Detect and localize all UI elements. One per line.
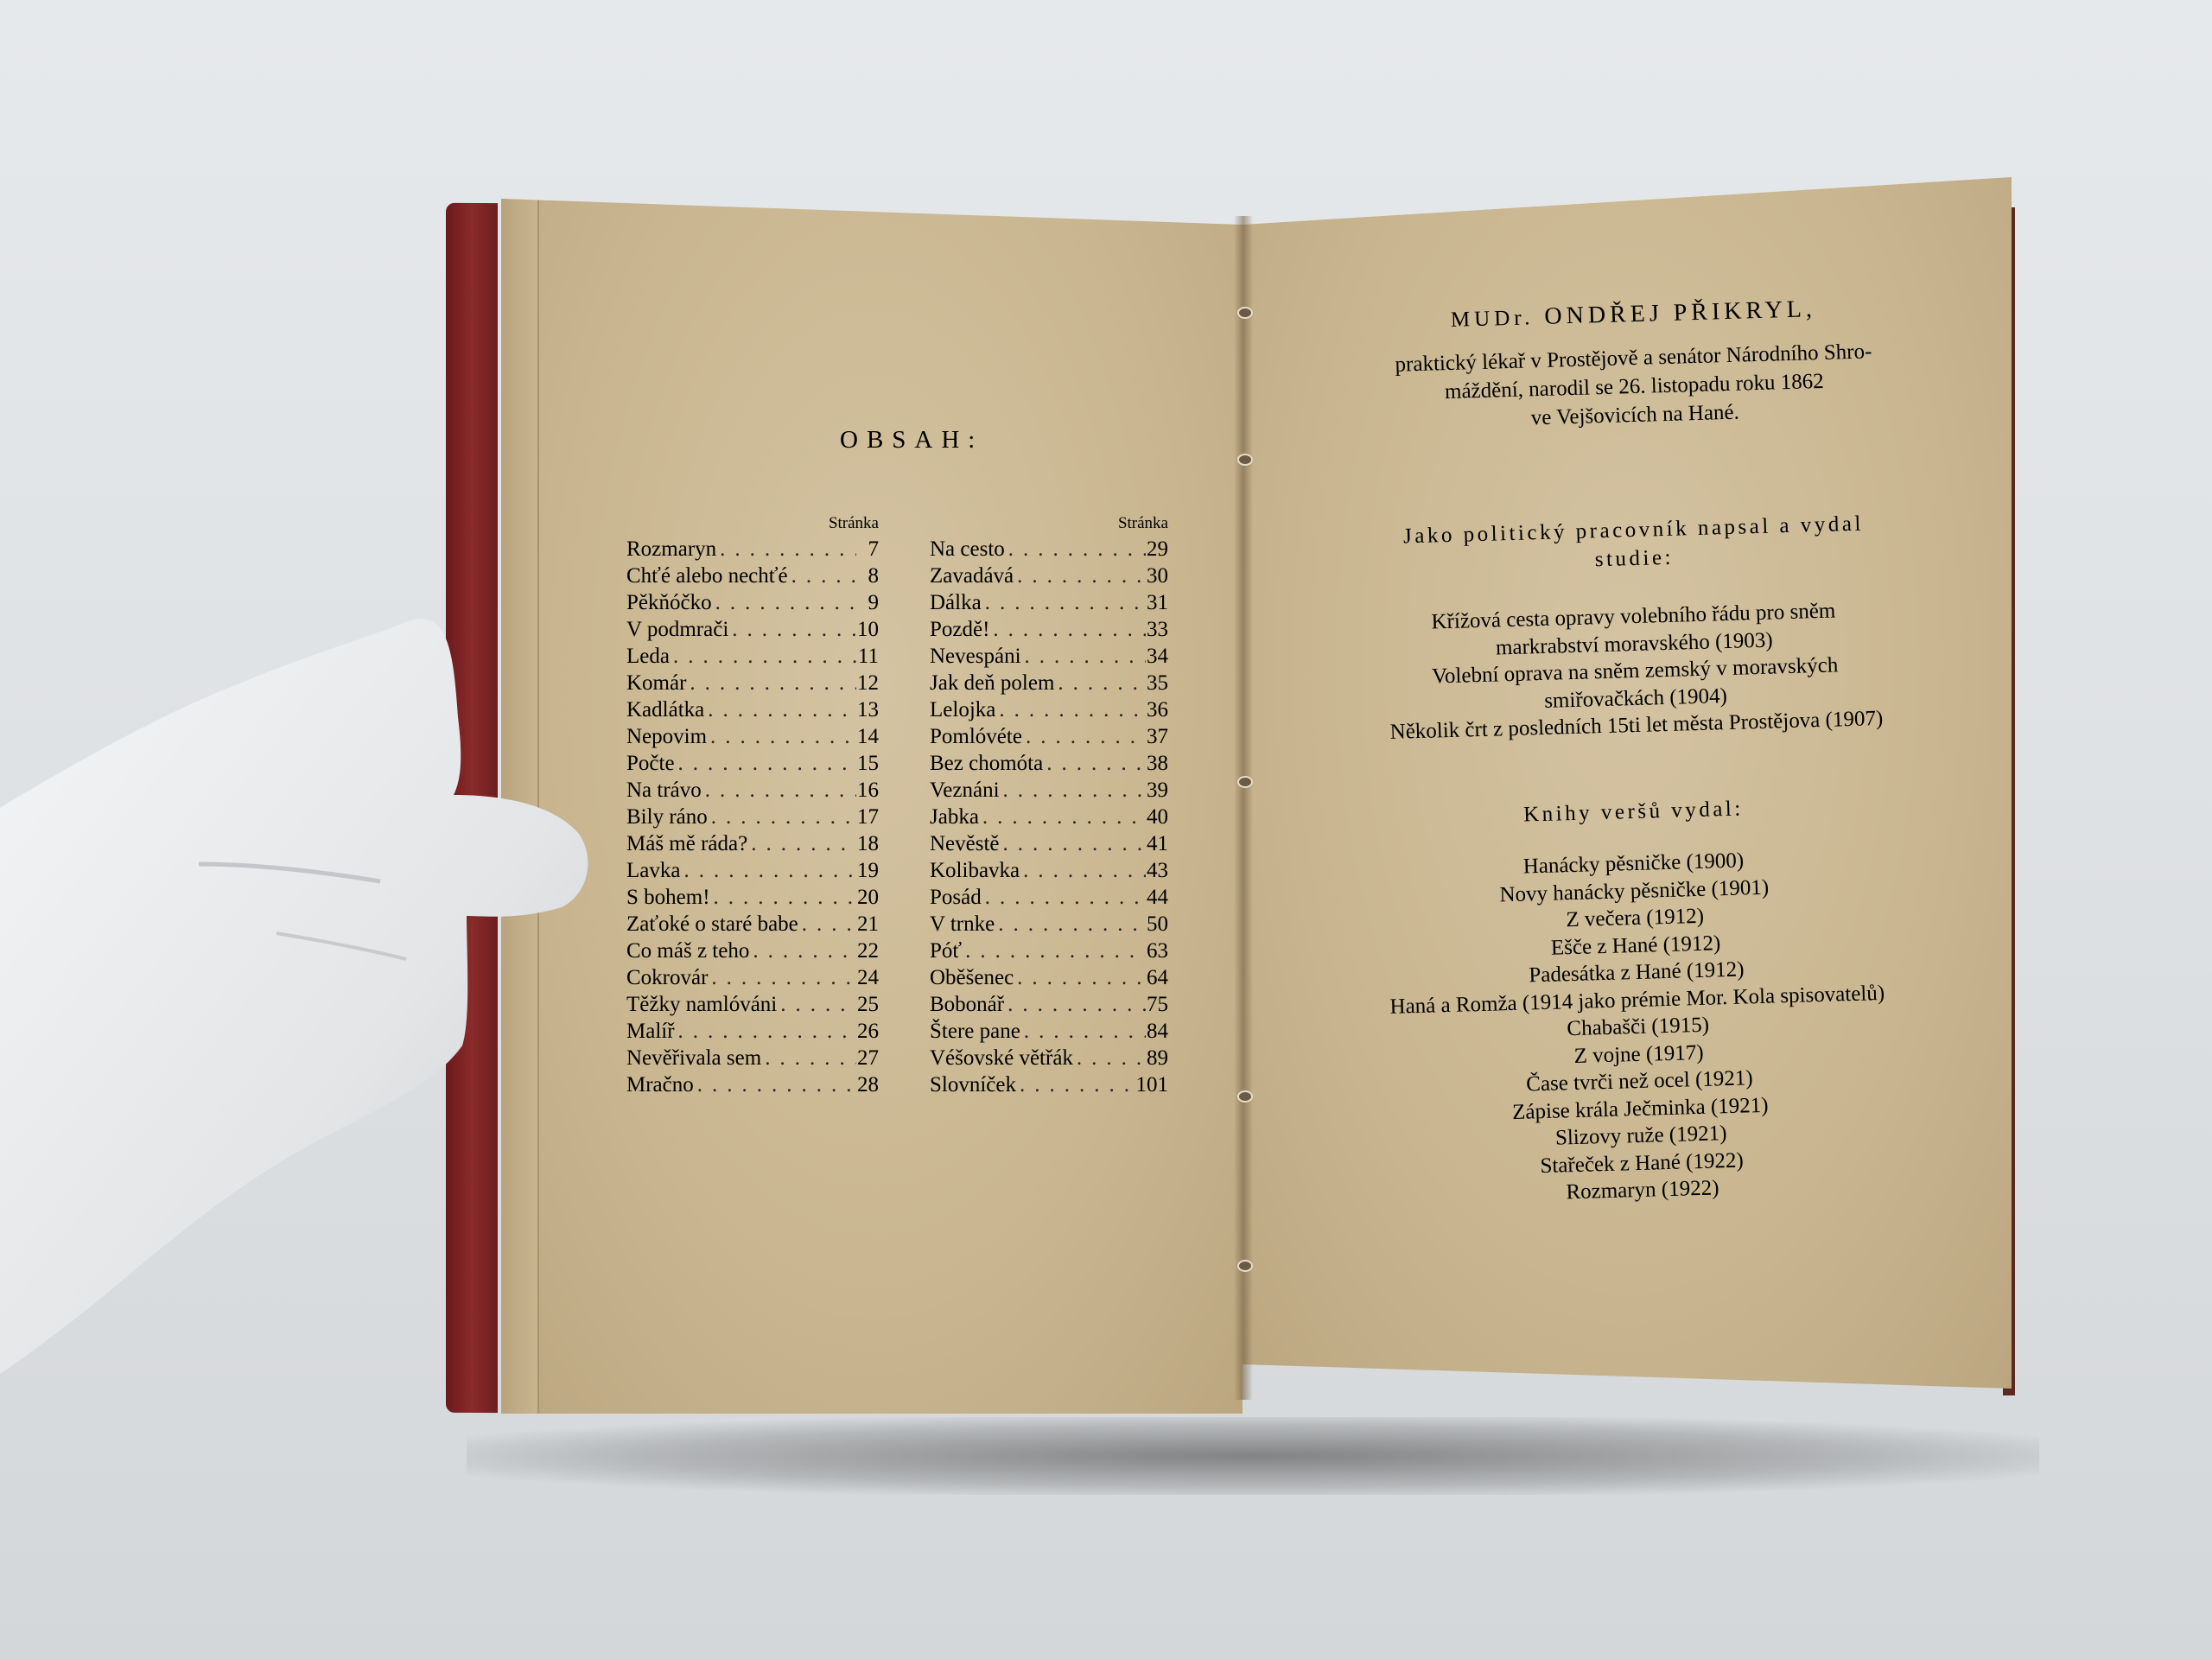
toc-entry-title: Komár: [626, 670, 686, 696]
toc-leader-dots: ........................................: [1054, 670, 1146, 696]
toc-leader-dots: ........................................: [979, 804, 1146, 830]
toc-entry-page: 24: [856, 964, 879, 991]
toc-entry-page: 26: [856, 1018, 879, 1045]
toc-entry-page: 84: [1146, 1018, 1168, 1045]
toc-entry: Nepovim.................................…: [626, 723, 879, 750]
toc-entry: Véšovské větřák.........................…: [930, 1045, 1168, 1071]
toc-leader-dots: ........................................: [708, 804, 856, 830]
toc-entry: Jabka...................................…: [930, 804, 1168, 830]
toc-entry-title: Bily ráno: [626, 804, 708, 830]
toc-entry-title: Těžky namlóváni: [626, 991, 777, 1018]
toc-entry-page: 35: [1146, 670, 1168, 696]
toc-leader-dots: ........................................: [1005, 536, 1146, 563]
toc-leader-dots: ........................................: [716, 536, 856, 563]
toc-entry-page: 21: [856, 911, 879, 938]
toc-entry: Bobonář.................................…: [930, 991, 1168, 1018]
toc-entry: Zavadává................................…: [930, 563, 1168, 589]
toc-entry-title: Na cesto: [930, 536, 1005, 563]
toc-entry-page: 50: [1146, 911, 1168, 938]
toc-leader-dots: ........................................: [704, 696, 856, 723]
toc-entry-page: 64: [1146, 964, 1168, 991]
toc-entry: Bily ráno...............................…: [626, 804, 879, 830]
toc-leader-dots: ........................................: [712, 589, 856, 616]
toc-entry: Pomlóvéte...............................…: [930, 723, 1168, 750]
toc-entry: Na trávo................................…: [626, 777, 879, 804]
toc-entry: Nevespáni...............................…: [930, 643, 1168, 670]
toc-entry-title: Malíř: [626, 1018, 675, 1045]
toc-entry-title: Póť: [930, 938, 962, 964]
toc-entry-page: 25: [856, 991, 879, 1018]
toc-leader-dots: ........................................: [788, 563, 856, 589]
toc-entry-title: Jak deň polem: [930, 670, 1054, 696]
toc-entry-title: Véšovské větřák: [930, 1045, 1073, 1071]
toc-column-1: Stránka Rozmaryn........................…: [626, 513, 879, 1098]
binding-stitch: [1237, 1260, 1253, 1272]
toc-entry-page: 16: [856, 777, 879, 804]
toc-leader-dots: ........................................: [1021, 643, 1146, 670]
toc-entry-page: 101: [1136, 1071, 1169, 1098]
toc-entry-title: Mračno: [626, 1071, 694, 1098]
book-cover-spine-left: [446, 203, 498, 1413]
toc-column-header: Stránka: [626, 513, 879, 534]
toc-entry-title: Zavadává: [930, 563, 1014, 589]
toc-entry-title: Lelojka: [930, 696, 995, 723]
toc-entry-title: Lavka: [626, 857, 680, 884]
toc-entry-title: Máš mě ráda?: [626, 830, 747, 857]
toc-entry: Posád...................................…: [930, 884, 1168, 911]
toc-leader-dots: ........................................: [747, 830, 856, 857]
toc-leader-dots: ........................................: [707, 723, 856, 750]
toc-entry-page: 19: [856, 857, 879, 884]
toc-entry: Počte...................................…: [626, 750, 879, 777]
toc-entry-title: V trnke: [930, 911, 995, 938]
toc-entry-title: Veznáni: [930, 777, 1000, 804]
toc-entry-title: Nevěřivala sem: [626, 1045, 761, 1071]
toc-leader-dots: ........................................: [989, 616, 1146, 643]
toc-entry-title: Bobonář: [930, 991, 1004, 1018]
toc-leader-dots: ........................................: [1014, 563, 1146, 589]
toc-entry-title: Nevespáni: [930, 643, 1021, 670]
toc-title: OBSAH:: [840, 426, 983, 454]
toc-entry-page: 8: [856, 563, 879, 589]
toc-leader-dots: ........................................: [749, 938, 856, 964]
toc-leader-dots: ........................................: [982, 884, 1146, 911]
toc-entry-title: Zaťoké o staré babe: [626, 911, 798, 938]
politics-works-list: Křížová cesta opravy volebního řádu pro …: [1279, 594, 1991, 749]
toc-leader-dots: ........................................: [686, 670, 856, 696]
toc-leader-dots: ........................................: [1000, 830, 1146, 857]
toc-entry: Kolibavka...............................…: [930, 857, 1168, 884]
toc-leader-dots: ........................................: [995, 911, 1146, 938]
toc-entry-page: 75: [1146, 991, 1168, 1018]
toc-entry-page: 40: [1146, 804, 1168, 830]
toc-entry-page: 13: [856, 696, 879, 723]
toc-entry-page: 9: [856, 589, 879, 616]
toc-entry: Pozdě!..................................…: [930, 616, 1168, 643]
toc-entry-page: 44: [1146, 884, 1168, 911]
toc-entry: Zaťoké o staré babe.....................…: [626, 911, 879, 938]
verse-books-list: Hanácky pěsničke (1900)Novy hanácky pěsn…: [1279, 841, 1997, 1214]
toc-entry: Malíř...................................…: [626, 1018, 879, 1045]
toc-entry-page: 7: [856, 536, 879, 563]
toc-entry: Kadlátka................................…: [626, 696, 879, 723]
toc-leader-dots: ........................................: [675, 750, 856, 777]
toc-leader-dots: ........................................: [1020, 857, 1146, 884]
toc-entry-title: Pozdě!: [930, 616, 989, 643]
toc-entry: Slovníček...............................…: [930, 1071, 1168, 1098]
toc-entry-title: Nepovim: [626, 723, 707, 750]
toc-entry: S bohem!................................…: [626, 884, 879, 911]
toc-entry: Mračno..................................…: [626, 1071, 879, 1098]
toc-entry-title: Štere pane: [930, 1018, 1020, 1045]
toc-entry-page: 15: [856, 750, 879, 777]
toc-leader-dots: ........................................: [962, 938, 1146, 964]
toc-entry: Rozmaryn................................…: [626, 536, 879, 563]
toc-entry: Bez chomóta.............................…: [930, 750, 1168, 777]
toc-entry: Nevěřivala sem..........................…: [626, 1045, 879, 1071]
toc-entry: Lavka...................................…: [626, 857, 879, 884]
toc-entry-title: Na trávo: [626, 777, 702, 804]
toc-entry: Veznáni.................................…: [930, 777, 1168, 804]
toc-leader-dots: ........................................: [670, 643, 856, 670]
toc-entry-title: Pomlóvéte: [930, 723, 1022, 750]
toc-entry-title: Cokrovár: [626, 964, 708, 991]
toc-entry-title: Chťé alebo nechťé: [626, 563, 788, 589]
binding-stitch: [1237, 307, 1253, 319]
endpaper-edge: [501, 197, 539, 1414]
toc-entry-page: 22: [856, 938, 879, 964]
toc-entry: Leda....................................…: [626, 643, 879, 670]
toc-column-2: Stránka Na cesto........................…: [930, 513, 1168, 1098]
toc-entry: Pěkňóčko................................…: [626, 589, 879, 616]
toc-leader-dots: ........................................: [1022, 723, 1146, 750]
toc-entry: Dálka...................................…: [930, 589, 1168, 616]
toc-leader-dots: ........................................: [694, 1071, 856, 1098]
toc-entry-title: Co máš z teho: [626, 938, 749, 964]
toc-entry: V trnke.................................…: [930, 911, 1168, 938]
toc-leader-dots: ........................................: [1073, 1045, 1146, 1071]
toc-entry-page: 37: [1146, 723, 1168, 750]
toc-leader-dots: ........................................: [702, 777, 856, 804]
toc-entry-page: 63: [1146, 938, 1168, 964]
toc-entry-page: 20: [856, 884, 879, 911]
toc-leader-dots: ........................................: [1020, 1018, 1146, 1045]
toc-entry-title: Nevěstě: [930, 830, 1000, 857]
binding-stitch: [1237, 776, 1253, 788]
photo-scene: OBSAH: Stránka Rozmaryn.................…: [0, 0, 2212, 1659]
toc-entry-title: Posád: [930, 884, 982, 911]
toc-leader-dots: ........................................: [728, 616, 856, 643]
toc-entry-page: 43: [1146, 857, 1168, 884]
author-title-prefix: MUDr.: [1451, 306, 1535, 332]
toc-entry-page: 28: [856, 1071, 879, 1098]
toc-entry-page: 17: [856, 804, 879, 830]
toc-entry-page: 18: [856, 830, 879, 857]
toc-entry: Máš mě ráda?............................…: [626, 830, 879, 857]
book-gutter: [1234, 216, 1253, 1400]
toc-entry-title: Oběšenec: [930, 964, 1014, 991]
toc-column-header: Stránka: [930, 513, 1168, 534]
toc-entry-page: 31: [1146, 589, 1168, 616]
toc-entry: Cokrovár................................…: [626, 964, 879, 991]
toc-entry-title: Slovníček: [930, 1071, 1016, 1098]
toc-entry-title: Kadlátka: [626, 696, 704, 723]
toc-entry-page: 33: [1146, 616, 1168, 643]
toc-leader-dots: ........................................: [1000, 777, 1146, 804]
toc-entry: V podmrači..............................…: [626, 616, 879, 643]
toc-leader-dots: ........................................: [761, 1045, 856, 1071]
toc-entry-page: 89: [1146, 1045, 1168, 1071]
toc-leader-dots: ........................................: [710, 884, 856, 911]
toc-entry-title: Rozmaryn: [626, 536, 716, 563]
toc-entry-page: 14: [856, 723, 879, 750]
toc-leader-dots: ........................................: [798, 911, 856, 938]
toc-leader-dots: ........................................: [777, 991, 856, 1018]
toc-entry: Jak deň polem...........................…: [930, 670, 1168, 696]
toc-leader-dots: ........................................: [708, 964, 856, 991]
toc-entry-title: V podmrači: [626, 616, 728, 643]
toc-leader-dots: ........................................: [982, 589, 1146, 616]
toc-entry-title: Dálka: [930, 589, 982, 616]
toc-entry-title: Leda: [626, 643, 670, 670]
toc-entry-page: 39: [1146, 777, 1168, 804]
toc-entry: Štere pane..............................…: [930, 1018, 1168, 1045]
toc-entry: Póť.....................................…: [930, 938, 1168, 964]
book-shadow: [467, 1417, 2039, 1495]
toc-entry: Chťé alebo nechťé.......................…: [626, 563, 879, 589]
toc-entry: Komár...................................…: [626, 670, 879, 696]
toc-leader-dots: ........................................: [680, 857, 856, 884]
toc-entry: Oběšenec................................…: [930, 964, 1168, 991]
toc-entry-title: Počte: [626, 750, 675, 777]
toc-leader-dots: ........................................: [995, 696, 1146, 723]
toc-entry-page: 29: [1146, 536, 1168, 563]
toc-leader-dots: ........................................: [1004, 991, 1146, 1018]
toc-leader-dots: ........................................: [1014, 964, 1146, 991]
toc-entry-page: 34: [1146, 643, 1168, 670]
toc-entry-page: 38: [1146, 750, 1168, 777]
toc-entry-page: 30: [1146, 563, 1168, 589]
toc-entries: Rozmaryn................................…: [626, 536, 879, 1098]
toc-entries: Na cesto................................…: [930, 536, 1168, 1098]
toc-entry: Lelojka.................................…: [930, 696, 1168, 723]
binding-stitch: [1237, 454, 1253, 466]
toc-entry: Nevěstě.................................…: [930, 830, 1168, 857]
toc-leader-dots: ........................................: [675, 1018, 856, 1045]
binding-stitch: [1237, 1090, 1253, 1103]
toc-entry-page: 36: [1146, 696, 1168, 723]
toc-entry: Na cesto................................…: [930, 536, 1168, 563]
toc-entry-title: Pěkňóčko: [626, 589, 712, 616]
toc-entry-page: 10: [856, 616, 879, 643]
toc-entry-page: 12: [856, 670, 879, 696]
toc-entry-title: Jabka: [930, 804, 979, 830]
toc-entry-title: Bez chomóta: [930, 750, 1043, 777]
toc-entry: Těžky namlóváni.........................…: [626, 991, 879, 1018]
toc-entry-title: S bohem!: [626, 884, 710, 911]
toc-leader-dots: ........................................: [1016, 1071, 1136, 1098]
toc-entry-title: Kolibavka: [930, 857, 1020, 884]
toc-entry-page: 41: [1146, 830, 1168, 857]
toc-entry-page: 27: [856, 1045, 879, 1071]
toc-entry-page: 11: [856, 643, 879, 670]
toc-leader-dots: ........................................: [1043, 750, 1146, 777]
toc-entry: Co máš z teho...........................…: [626, 938, 879, 964]
